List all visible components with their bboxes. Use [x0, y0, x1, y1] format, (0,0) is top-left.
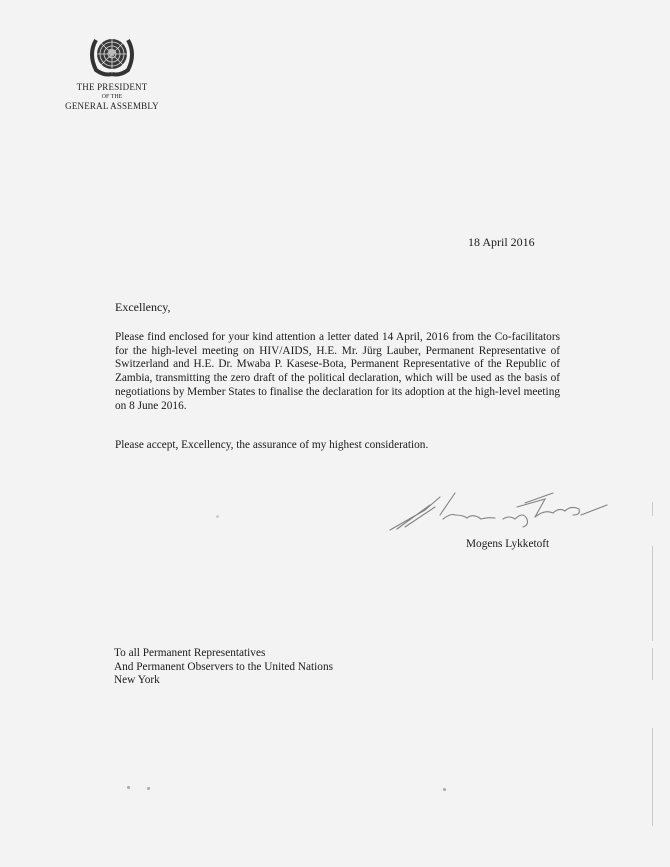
- scan-edge-mark: [652, 502, 653, 516]
- scan-speck: [216, 515, 219, 518]
- handwritten-signature-icon: [385, 485, 610, 535]
- addressee-block: To all Permanent Representatives And Per…: [114, 647, 333, 688]
- scan-edge-mark: [652, 728, 653, 826]
- scan-edge-mark: [652, 546, 653, 641]
- scan-speck: [147, 787, 150, 790]
- un-emblem-icon: [86, 32, 138, 78]
- scan-speck: [443, 788, 446, 791]
- letterhead-organization: GENERAL ASSEMBLY: [52, 101, 172, 112]
- scan-speck: [127, 786, 130, 789]
- closing-line: Please accept, Excellency, the assurance…: [115, 439, 428, 451]
- body-paragraph: Please find enclosed for your kind atten…: [115, 331, 560, 413]
- letter-page: THE PRESIDENT OF THE GENERAL ASSEMBLY 18…: [0, 0, 670, 867]
- addressee-line-1: To all Permanent Representatives: [114, 647, 333, 661]
- scan-edge-mark: [652, 648, 653, 680]
- letter-date: 18 April 2016: [468, 235, 535, 250]
- letterhead: THE PRESIDENT OF THE GENERAL ASSEMBLY: [52, 32, 172, 112]
- addressee-line-2: And Permanent Observers to the United Na…: [114, 661, 333, 675]
- signer-name: Mogens Lykketoft: [466, 538, 549, 550]
- letterhead-of-the: OF THE: [52, 93, 172, 101]
- letterhead-title: THE PRESIDENT: [52, 82, 172, 93]
- addressee-line-3: New York: [114, 674, 333, 688]
- salutation: Excellency,: [115, 300, 171, 315]
